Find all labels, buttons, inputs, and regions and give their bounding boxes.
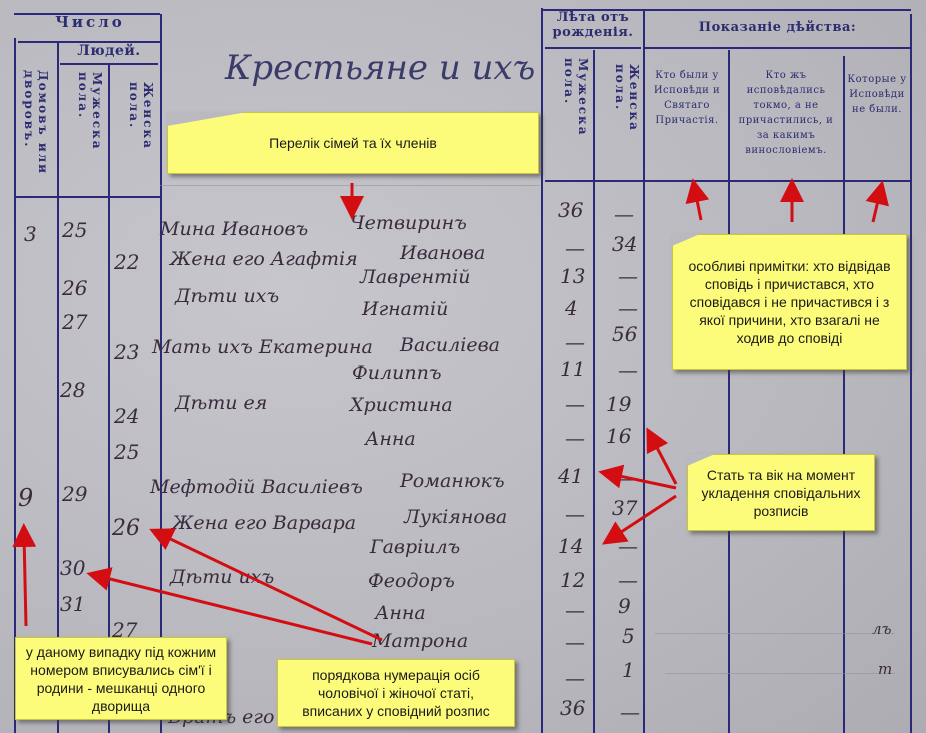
header-rule: [60, 63, 158, 65]
header-people: Людей.: [60, 44, 158, 59]
note-person-numbering: порядкова нумерація осіб чоловічої і жін…: [277, 659, 515, 727]
col-divider: [14, 38, 16, 733]
male-age: —: [565, 426, 585, 450]
male-age: 41: [558, 464, 583, 488]
person-name-right: Анна: [375, 602, 426, 624]
header-households: Домовъ или дворовъ.: [22, 70, 50, 190]
male-age: 12: [560, 568, 585, 592]
person-name-right: Игнатій: [362, 298, 448, 320]
male-age: 4: [565, 296, 578, 320]
female-age: 34: [612, 232, 637, 256]
col-divider: [593, 50, 595, 733]
person-name-left: Жена его Варвара: [172, 512, 356, 534]
male-age: —: [565, 330, 585, 354]
person-name-right: Филиппъ: [352, 362, 441, 384]
header-age: Лѣта отъ рожденія.: [545, 10, 641, 40]
header-female-age: Женска пола.: [613, 64, 641, 176]
female-age: 56: [612, 322, 637, 346]
male-age: 36: [558, 198, 583, 222]
note-household-number: у даному випадку під кожним номером впис…: [15, 637, 227, 720]
register-page-scan: Число Людей. Домовъ или дворовъ. Мужеска…: [0, 0, 926, 733]
female-number: 23: [114, 340, 139, 364]
person-name-right: Василіева: [400, 334, 500, 356]
female-age: —: [620, 700, 640, 724]
female-number: 22: [114, 250, 139, 274]
person-name-left: Дѣти ихъ: [170, 566, 274, 588]
female-number: 25: [114, 440, 139, 464]
person-name-left: Дѣти ея: [175, 392, 267, 414]
header-female-number: Женска пола.: [127, 82, 155, 192]
note-fold: [687, 454, 715, 466]
handwritten-title: Крестьяне и ихъ: [225, 48, 535, 88]
col-divider: [643, 10, 645, 733]
person-name-right: Романюкъ: [400, 470, 505, 492]
person-name-right: Феодоръ: [368, 570, 455, 592]
col-divider: [728, 50, 730, 733]
col-divider: [57, 42, 59, 733]
person-name-left: Мать ихъ Екатерина: [152, 336, 373, 358]
person-name-right: Гавріилъ: [370, 536, 460, 558]
female-age: 1: [622, 658, 635, 682]
female-age: 19: [606, 392, 631, 416]
person-name-right: Анна: [365, 428, 416, 450]
female-age: 9: [618, 594, 631, 618]
col-divider: [910, 14, 912, 733]
male-age: 36: [560, 696, 585, 720]
male-number: 30: [60, 556, 85, 580]
header-indication: Показаніе дѣйства:: [650, 20, 905, 35]
note-sex-age: Стать та вік на момент укладення сповіда…: [687, 454, 875, 531]
person-name-left: Мина Ивановъ: [160, 218, 308, 240]
note-families-list: Перелік сімей та їх членів: [167, 112, 539, 174]
header-rule: [545, 180, 910, 182]
person-name-left: Мефтодій Василіевъ: [150, 476, 363, 498]
header-rule: [645, 47, 910, 49]
header-confessed-only: Кто жъ исповѣдались токмо, а не причасти…: [732, 68, 840, 158]
col-divider: [843, 56, 845, 733]
female-number: 24: [114, 404, 139, 428]
person-name-right: Христина: [350, 394, 453, 416]
male-age: —: [565, 502, 585, 526]
col-divider: [541, 8, 543, 733]
male-age: —: [565, 598, 585, 622]
note-fold: [167, 112, 247, 126]
female-age: —: [618, 568, 638, 592]
ruled-line: [655, 633, 895, 634]
female-age: —: [618, 534, 638, 558]
header-male-age: Мужеска пола.: [562, 58, 590, 178]
person-name-right: Четвиринъ: [350, 212, 467, 234]
household-number: 9: [18, 484, 33, 512]
household-number: 3: [24, 222, 37, 246]
person-name-left: Жена его Агафтія: [170, 248, 358, 270]
person-name-right: Лукіянова: [404, 506, 507, 528]
person-name-right: Матрона: [372, 630, 468, 652]
male-age: —: [565, 236, 585, 260]
male-number: 28: [60, 378, 85, 402]
header-rule: [14, 196, 160, 198]
female-age: —: [618, 358, 638, 382]
male-age: —: [565, 630, 585, 654]
male-age: —: [565, 392, 585, 416]
note-special-remarks: особливі примітки: хто відвідав сповідь …: [672, 234, 907, 370]
male-number: 29: [62, 482, 87, 506]
ruled-line: [665, 673, 895, 674]
margin-mark: лъ: [872, 620, 892, 638]
female-age: 16: [606, 424, 631, 448]
header-rule: [545, 47, 641, 49]
col-divider: [108, 64, 110, 733]
female-age: 37: [612, 496, 637, 520]
female-number: 26: [112, 516, 140, 541]
male-number: 31: [60, 592, 85, 616]
col-divider: [160, 14, 162, 733]
margin-mark: т: [878, 660, 892, 678]
ruled-line: [160, 185, 540, 186]
person-name-right: Иванова: [400, 242, 485, 264]
male-number: 25: [62, 218, 87, 242]
female-age: —: [618, 264, 638, 288]
male-age: 14: [558, 534, 583, 558]
header-number: Число: [40, 15, 140, 30]
header-confessed-communed: Кто были у Исповѣди и Святаго Причастія.: [648, 68, 726, 128]
male-number: 27: [62, 310, 87, 334]
male-age: 11: [560, 357, 585, 381]
female-age: —: [618, 466, 638, 490]
male-age: —: [565, 666, 585, 690]
female-age: —: [614, 202, 634, 226]
note-fold: [672, 234, 700, 246]
male-number: 26: [62, 276, 87, 300]
female-age: —: [618, 296, 638, 320]
header-male-number: Мужеска пола.: [76, 72, 104, 192]
female-age: 5: [622, 624, 635, 648]
person-name-right: Лаврентій: [360, 266, 471, 288]
male-age: 13: [560, 264, 585, 288]
header-not-confessed: Которые у Исповѣди не были.: [847, 72, 907, 117]
person-name-left: Дѣти ихъ: [175, 285, 279, 307]
